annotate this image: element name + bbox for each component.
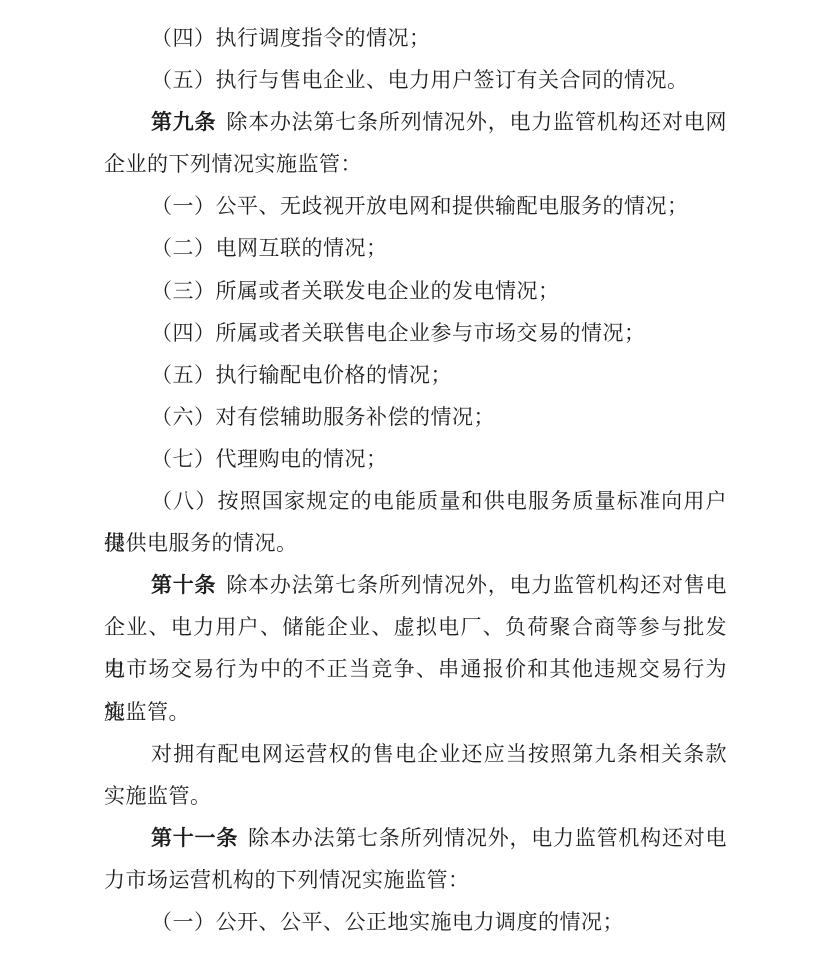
line-text: （四）所属或者关联售电企业参与市场交易的情况； (151, 321, 646, 345)
article-number: 第十一条 (151, 826, 238, 850)
line-text: （五）执行与售电企业、电力用户签订有关合同的情况。 (151, 68, 689, 92)
document-body: （四）执行调度指令的情况；（五）执行与售电企业、电力用户签订有关合同的情况。第九… (104, 17, 727, 943)
line-text: 除本办法第七条所列情况外，电力监管机构还对电网 (226, 110, 727, 134)
line-text: （三）所属或者关联发电企业的发电情况； (151, 279, 560, 303)
text-line: 实施监管。 (104, 775, 727, 817)
article-number: 第九条 (151, 110, 216, 134)
line-text: 力市场运营机构的下列情况实施监管： (104, 868, 470, 892)
line-text: （七）代理购电的情况； (151, 447, 388, 471)
text-line: （四）执行调度指令的情况； (104, 17, 727, 59)
text-line: 力市场交易行为中的不正当竞争、串通报价和其他违规交易行为实 (104, 648, 727, 690)
text-line: 第十一条除本办法第七条所列情况外，电力监管机构还对电 (104, 817, 727, 859)
text-line: （四）所属或者关联售电企业参与市场交易的情况； (104, 312, 727, 354)
line-text: 施监管。 (104, 700, 190, 724)
text-line: （三）所属或者关联发电企业的发电情况； (104, 270, 727, 312)
text-line: 力市场运营机构的下列情况实施监管： (104, 859, 727, 901)
text-line: （五）执行与售电企业、电力用户签订有关合同的情况。 (104, 59, 727, 101)
line-text: 供供电服务的情况。 (104, 531, 298, 555)
text-line: 第九条除本办法第七条所列情况外，电力监管机构还对电网 (104, 101, 727, 143)
line-text: （四）执行调度指令的情况； (151, 26, 431, 50)
line-text: （六）对有偿辅助服务补偿的情况； (151, 405, 495, 429)
text-line: 供供电服务的情况。 (104, 522, 727, 564)
line-text: 除本办法第七条所列情况外，电力监管机构还对电 (248, 826, 727, 850)
text-line: （一）公平、无歧视开放电网和提供输配电服务的情况； (104, 185, 727, 227)
text-line: （二）电网互联的情况； (104, 227, 727, 269)
text-line: （六）对有偿辅助服务补偿的情况； (104, 396, 727, 438)
document-page: （四）执行调度指令的情况；（五）执行与售电企业、电力用户签订有关合同的情况。第九… (0, 0, 837, 980)
line-text: 除本办法第七条所列情况外，电力监管机构还对售电 (226, 573, 727, 597)
line-text: （五）执行输配电价格的情况； (151, 363, 452, 387)
line-text: （二）电网互联的情况； (151, 236, 388, 260)
text-line: 企业、电力用户、储能企业、虚拟电厂、负荷聚合商等参与批发电 (104, 606, 727, 648)
text-line: 企业的下列情况实施监管： (104, 143, 727, 185)
text-line: 施监管。 (104, 691, 727, 733)
line-text: 企业的下列情况实施监管： (104, 152, 362, 176)
text-line: （五）执行输配电价格的情况； (104, 354, 727, 396)
text-line: （八）按照国家规定的电能质量和供电服务质量标准向用户提 (104, 480, 727, 522)
text-line: （一）公开、公平、公正地实施电力调度的情况； (104, 901, 727, 943)
article-number: 第十条 (151, 573, 216, 597)
line-text: 实施监管。 (104, 784, 212, 808)
text-line: 第十条除本办法第七条所列情况外，电力监管机构还对售电 (104, 564, 727, 606)
text-line: （七）代理购电的情况； (104, 438, 727, 480)
text-line: 对拥有配电网运营权的售电企业还应当按照第九条相关条款 (104, 733, 727, 775)
line-text: 对拥有配电网运营权的售电企业还应当按照第九条相关条款 (151, 742, 727, 766)
line-text: （一）公平、无歧视开放电网和提供输配电服务的情况； (151, 194, 689, 218)
line-text: （一）公开、公平、公正地实施电力调度的情况； (151, 910, 624, 934)
